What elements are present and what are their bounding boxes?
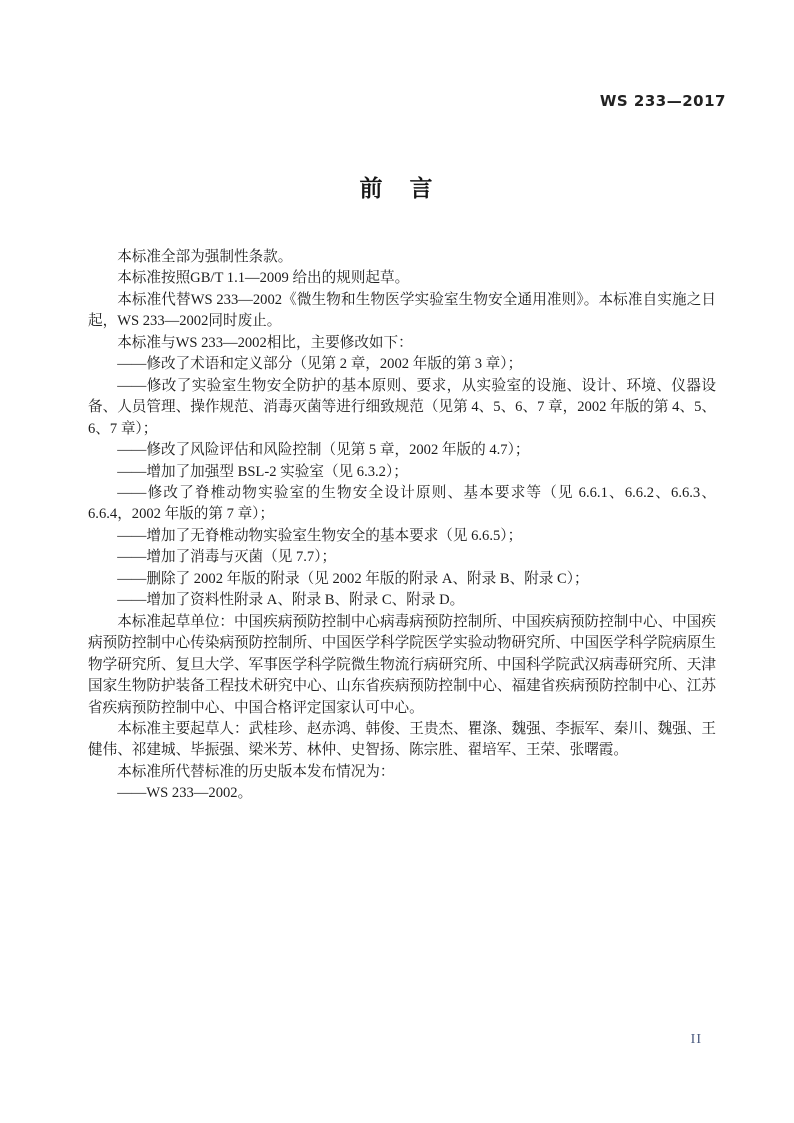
paragraph: 本标准代替WS 233—2002《微生物和生物医学实验室生物安全通用准则》。本标… [88,290,716,333]
paragraph: ——修改了实验室生物安全防护的基本原则、要求，从实验室的设施、设计、环境、仪器设… [88,376,716,440]
paragraph: ——删除了 2002 年版的附录（见 2002 年版的附录 A、附录 B、附录 … [88,569,716,590]
paragraph: 本标准起草单位：中国疾病预防控制中心病毒病预防控制所、中国疾病预防控制中心、中国… [88,612,716,719]
page-title: 前 言 [0,170,794,203]
paragraph: ——修改了术语和定义部分（见第 2 章，2002 年版的第 3 章）； [88,354,716,375]
paragraph: 本标准所代替标准的历史版本发布情况为： [88,762,716,783]
standard-code: WS 233—2017 [600,92,726,110]
paragraph: 本标准主要起草人：武桂珍、赵赤鸿、韩俊、王贵杰、瞿涤、魏强、李振军、秦川、魏强、… [88,719,716,762]
paragraph: ——增加了资料性附录 A、附录 B、附录 C、附录 D。 [88,590,716,611]
foreword-paragraphs: 本标准全部为强制性条款。本标准按照GB/T 1.1—2009 给出的规则起草。本… [88,247,716,805]
document-page: WS 233—2017 前 言 本标准全部为强制性条款。本标准按照GB/T 1.… [0,0,794,1123]
paragraph: ——增加了无脊椎动物实验室生物安全的基本要求（见 6.6.5）； [88,526,716,547]
paragraph: 本标准全部为强制性条款。 [88,247,716,268]
paragraph: 本标准与WS 233—2002相比，主要修改如下： [88,333,716,354]
paragraph: ——修改了脊椎动物实验室的生物安全设计原则、基本要求等（见 6.6.1、6.6.… [88,483,716,526]
paragraph: 本标准按照GB/T 1.1—2009 给出的规则起草。 [88,268,716,289]
paragraph: ——修改了风险评估和风险控制（见第 5 章，2002 年版的 4.7）； [88,440,716,461]
paragraph: ——增加了加强型 BSL-2 实验室（见 6.3.2）； [88,462,716,483]
paragraph: ——WS 233—2002。 [88,783,716,804]
paragraph: ——增加了消毒与灭菌（见 7.7）； [88,547,716,568]
page-number: II [691,1032,702,1048]
